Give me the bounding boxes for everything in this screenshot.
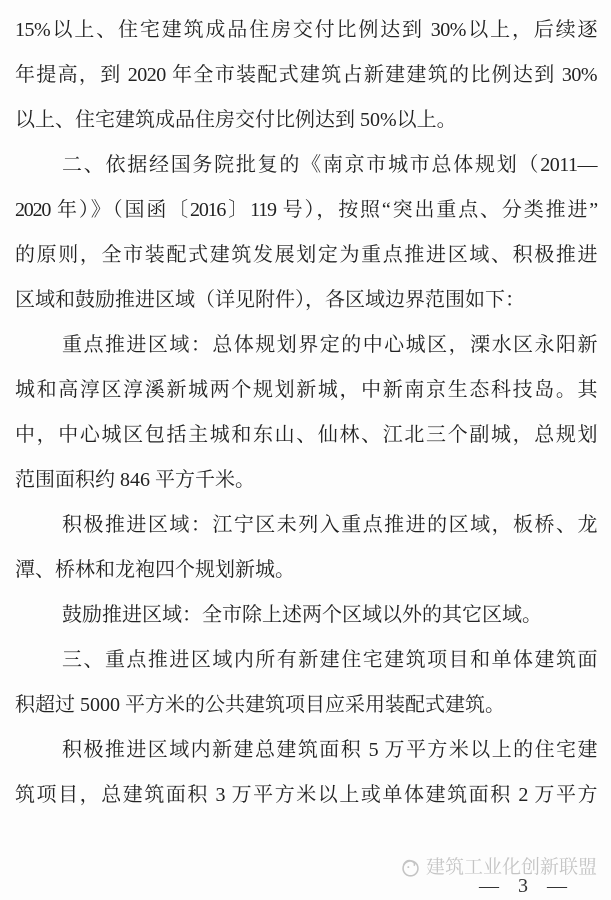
paragraph: 15%以上、住宅建筑成品住房交付比例达到 30%以上，后续逐 年提高，到 202… — [15, 8, 597, 143]
document-page: 15%以上、住宅建筑成品住房交付比例达到 30%以上，后续逐 年提高，到 202… — [0, 0, 611, 900]
text-line: 年提高，到 2020 年全市装配式建筑占新建建筑的比例达到 30% — [15, 53, 597, 98]
text-line: 鼓励推进区域：全市除上述两个区域以外的其它区域。 — [15, 593, 597, 638]
document-body: 15%以上、住宅建筑成品住房交付比例达到 30%以上，后续逐 年提高，到 202… — [15, 8, 597, 818]
paragraph: 积极推进区域内新建总建筑面积 5 万平方米以上的住宅建 筑项目，总建筑面积 3 … — [15, 728, 597, 818]
text-line: 范围面积约 846 平方千米。 — [15, 458, 597, 503]
text-line: 三、重点推进区域内所有新建住宅建筑项目和单体建筑面 — [15, 638, 597, 683]
text-line: 以上、住宅建筑成品住房交付比例达到 50%以上。 — [15, 98, 597, 143]
text-line: 15%以上、住宅建筑成品住房交付比例达到 30%以上，后续逐 — [15, 8, 597, 53]
text-line: 的原则，全市装配式建筑发展划定为重点推进区域、积极推进 — [15, 233, 597, 278]
paragraph: 积极推进区域：江宁区未列入重点推进的区域，板桥、龙 潭、桥林和龙袍四个规划新城。 — [15, 503, 597, 593]
alliance-logo-icon — [400, 857, 421, 878]
text-line: 积极推进区域内新建总建筑面积 5 万平方米以上的住宅建 — [15, 728, 597, 773]
text-line: 城和高淳区淳溪新城两个规划新城，中新南京生态科技岛。其 — [15, 368, 597, 413]
text-line: 二、依据经国务院批复的《南京市城市总体规划（2011— — [15, 143, 597, 188]
text-line: 积极推进区域：江宁区未列入重点推进的区域，板桥、龙 — [15, 503, 597, 548]
text-line: 潭、桥林和龙袍四个规划新城。 — [15, 548, 597, 593]
paragraph: 三、重点推进区域内所有新建住宅建筑项目和单体建筑面 积超过 5000 平方米的公… — [15, 638, 597, 728]
page-number: — 3 — — [453, 875, 593, 898]
paragraph: 二、依据经国务院批复的《南京市城市总体规划（2011— 2020 年）》（国函〔… — [15, 143, 597, 323]
text-line: 中，中心城区包括主城和东山、仙林、江北三个副城，总规划 — [15, 413, 597, 458]
text-line: 积超过 5000 平方米的公共建筑项目应采用装配式建筑。 — [15, 683, 597, 728]
text-line: 区域和鼓励推进区域（详见附件），各区域边界范围如下： — [15, 278, 597, 323]
text-line: 重点推进区域：总体规划界定的中心城区，溧水区永阳新 — [15, 323, 597, 368]
paragraph: 重点推进区域：总体规划界定的中心城区，溧水区永阳新 城和高淳区淳溪新城两个规划新… — [15, 323, 597, 503]
text-line: 筑项目，总建筑面积 3 万平方米以上或单体建筑面积 2 万平方 — [15, 773, 597, 818]
text-line: 2020 年）》（国函〔2016〕119 号），按照“突出重点、分类推进” — [15, 188, 597, 233]
paragraph: 鼓励推进区域：全市除上述两个区域以外的其它区域。 — [15, 593, 597, 638]
